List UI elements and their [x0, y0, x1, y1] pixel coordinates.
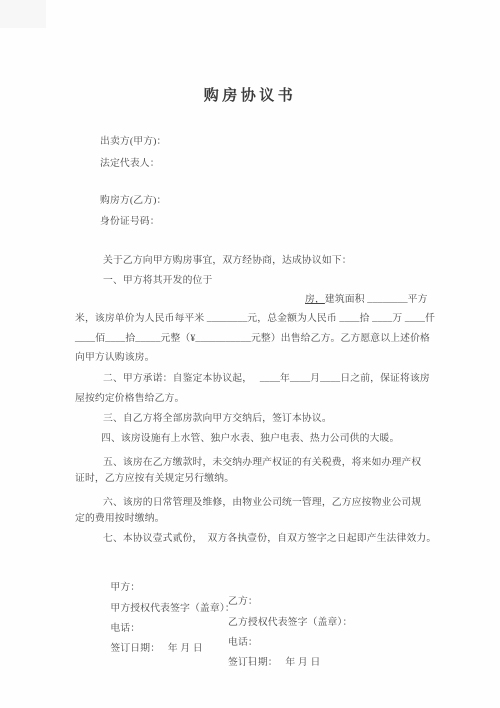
preamble-text: 关于乙方向甲方购房事宜，双方经协商，达成协议如下： — [103, 254, 352, 268]
clause-1-line-5: 向甲方认购该房。 — [75, 351, 155, 365]
legal-representative-label: 法定代表人： — [100, 157, 160, 171]
clause-3: 三、自乙方将全部房款向甲方交纳后，签订本协议。 — [103, 412, 332, 426]
id-number-label: 身份证号码： — [100, 215, 160, 229]
clause-1-line-3: 米，该房单价为人民币每平米 ________元，总金额为人民币 ____拾 __… — [75, 312, 435, 326]
clause-6-line-1: 六、该房的日常管理及维修，由物业公司统一管理，乙方应按物业公司规 — [103, 496, 421, 510]
page-number: 1 — [0, 655, 500, 665]
buyer-party-label: 购房方(乙方)： — [100, 194, 167, 208]
scan-artifact — [0, 0, 46, 28]
contract-page: 购房协议书 出卖方(甲方)： 法定代表人： 购房方(乙方)： 身份证号码： 关于… — [0, 0, 500, 708]
clause-1-line-2: 房，建筑面积 ________平方 — [305, 293, 428, 307]
clause-7: 七、本协议壹式贰份， 双方各执壹份，自双方签字之日起即产生法律效力。 — [103, 532, 436, 546]
clause-1-line-4: ____佰____拾_____元整（¥___________元整）出售给乙方。乙… — [75, 332, 430, 346]
clause-5-line-1: 五、该房在乙方缴款时，未交纳办理产权证的有关税费，将来如办理产权 — [103, 456, 421, 470]
clause-4: 四、该房设施有上水管、独户水表、独户电表、热力公司供的大暖。 — [101, 432, 399, 446]
clause-2-line-1: 二、甲方承诺：自鉴定本协议起， ____年____月____日之前，保证将该房 — [103, 372, 430, 386]
clause-5-line-2: 证时，乙方应按有关规定另行缴纳。 — [75, 472, 234, 486]
page-title: 购房协议书 — [0, 84, 500, 105]
clause-1-line-1: 一、甲方将其开发的位于 — [103, 274, 212, 288]
seller-party-label: 出卖方(甲方)： — [100, 135, 167, 149]
clause-6-line-2: 定的费用按时缴纳。 — [75, 512, 165, 526]
clause-2-line-2: 屋按约定价格售给乙方。 — [75, 392, 184, 406]
party-a-date-label: 签订日期： 年 月 日 — [110, 643, 202, 654]
